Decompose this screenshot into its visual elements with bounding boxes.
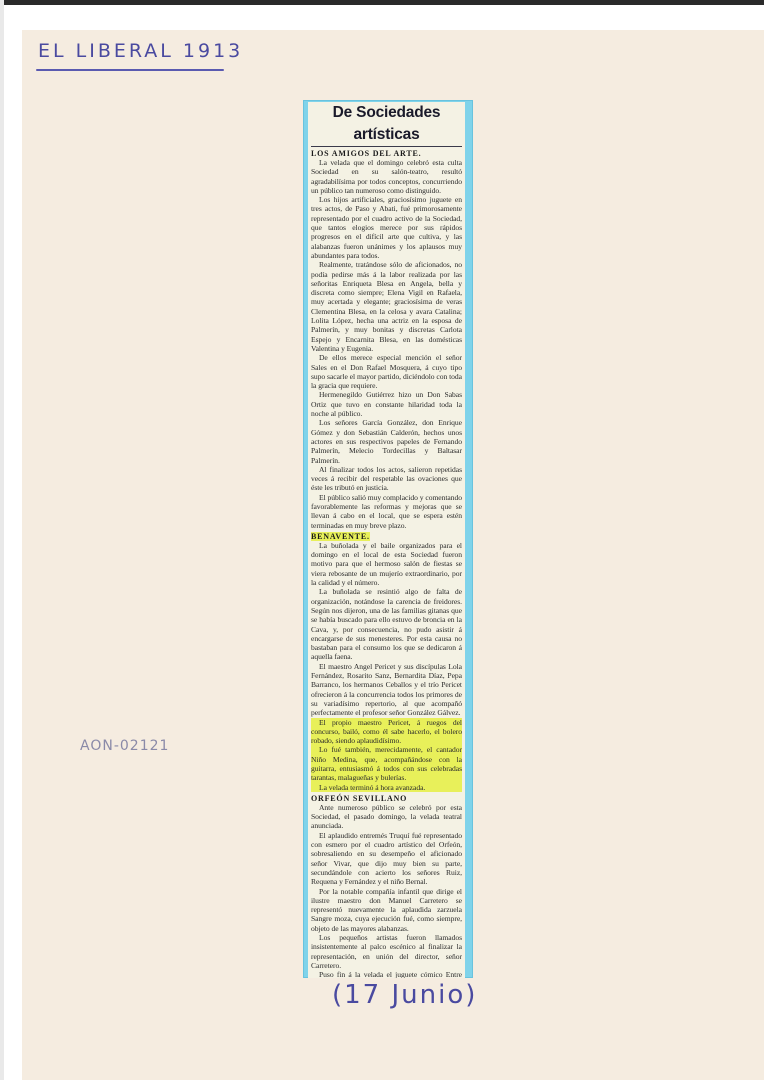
archive-code-handwritten: AON-02121 [80,738,169,754]
paragraph: La buñolada se resintió algo de falta de… [311,587,462,661]
paragraph: Los hijos artificiales, graciosísimo jug… [311,195,462,260]
section-benavente: BENAVENTE. La buñolada y el baile organi… [311,532,462,792]
paragraph-highlighted: El propio maestro Pericet, á ruegos del … [311,718,462,746]
paragraph: Los señores García González, don Enrique… [311,418,462,464]
source-label-underline [36,69,224,71]
paragraph: Puso fin á la velada el juguete cómico E… [311,970,462,978]
date-note-handwritten: (17 Junio) [332,980,477,1010]
paragraph: De ellos merece especial mención el seño… [311,353,462,390]
scan-left-edge [0,0,4,1080]
paragraph: El aplaudido entremés Truquí fué represe… [311,831,462,887]
section-title: BENAVENTE. [311,532,462,541]
paragraph: Realmente, tratándose sólo de aficionado… [311,260,462,353]
newspaper-clipping: De Sociedades artísticas LOS AMIGOS DEL … [303,100,473,978]
paragraph-highlighted: La velada terminó á hora avanzada. [311,783,462,792]
paragraph: La buñolada y el baile organizados para … [311,541,462,587]
section-los-amigos-del-arte: LOS AMIGOS DEL ARTE. La velada que el do… [311,149,462,530]
paragraph: Los pequeños artistas fueron llamados in… [311,933,462,970]
clipping-headline: De Sociedades artísticas [311,102,462,147]
paragraph: Al finalizar todos los actos, salieron r… [311,465,462,493]
highlighted-title: BENAVENTE. [311,532,370,541]
paragraph: El público salió muy complacido y coment… [311,493,462,530]
scan-top-border [0,0,764,5]
paragraph-highlighted: Lo fué también, merecidamente, el cantad… [311,745,462,782]
paragraph: El maestro Angel Pericet y sus discípula… [311,662,462,718]
section-title: LOS AMIGOS DEL ARTE. [311,149,462,158]
paragraph: La velada que el domingo celebró esta cu… [311,158,462,195]
paragraph: Por la notable compañía infantil que dir… [311,887,462,933]
paragraph: Ante numeroso público se celebró por est… [311,803,462,831]
section-orfeon-sevillano: ORFEÓN SEVILLANO Ante numeroso público s… [311,794,462,978]
clipping-text-column: De Sociedades artísticas LOS AMIGOS DEL … [308,102,465,978]
section-title: ORFEÓN SEVILLANO [311,794,462,803]
source-label-handwritten: EL LIBERAL 1913 [38,40,243,62]
paragraph: Hermenegildo Gutiérrez hizo un Don Sabas… [311,390,462,418]
